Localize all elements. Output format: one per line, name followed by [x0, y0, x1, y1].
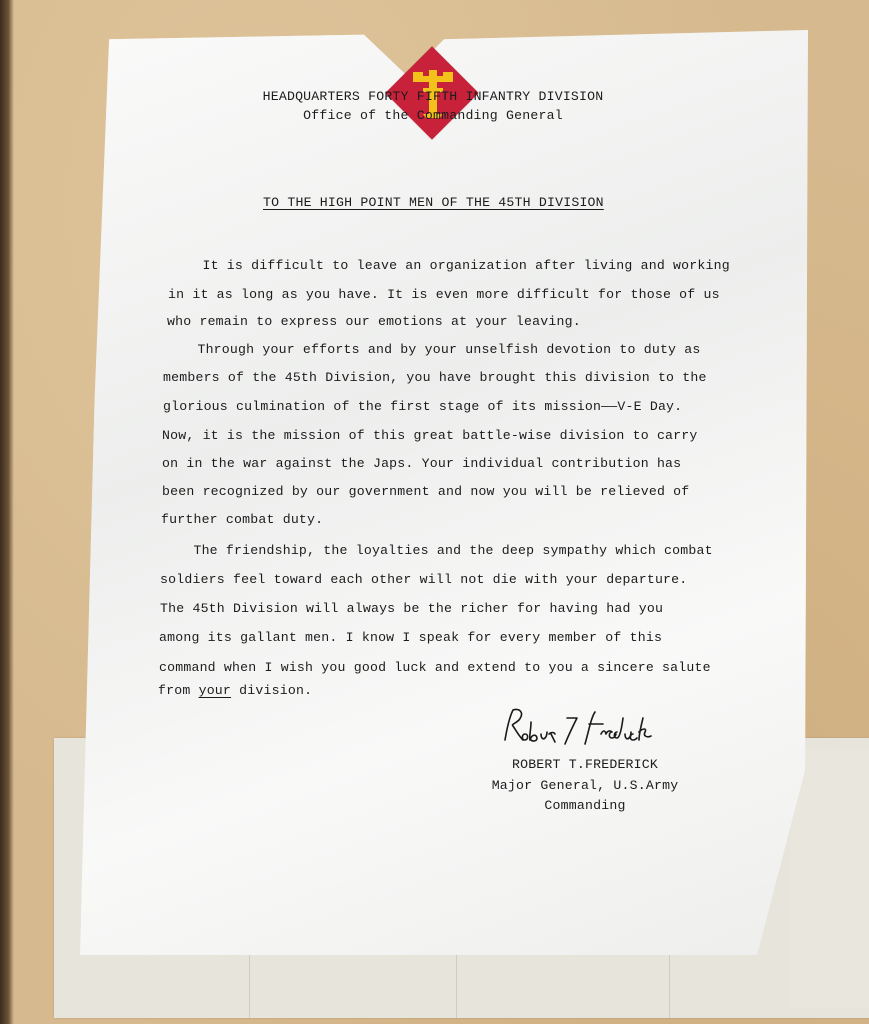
handwritten-signature [497, 704, 687, 752]
body-line: command when I wish you good luck and ex… [159, 660, 711, 675]
signatory-role: Commanding [480, 798, 690, 813]
signatory-rank: Major General, U.S.Army [470, 778, 700, 793]
closing-text: division. [231, 683, 312, 698]
letterhead-line2: Office of the Commanding General [230, 108, 636, 123]
body-line: The friendship, the loyalties and the de… [161, 543, 713, 558]
body-line: It is difficult to leave an organization… [170, 258, 730, 273]
frame-edge [0, 0, 14, 1024]
closing-text: from [158, 683, 199, 698]
body-line: members of the 45th Division, you have b… [163, 370, 707, 385]
body-line: among its gallant men. I know I speak fo… [159, 630, 662, 645]
body-line: The 45th Division will always be the ric… [160, 601, 663, 616]
signatory-name: ROBERT T.FREDERICK [480, 757, 690, 772]
backing-sheet-right [790, 748, 869, 1008]
body-line: glorious culmination of the first stage … [163, 399, 682, 414]
body-line: been recognized by our government and no… [162, 484, 689, 499]
closing-emphasis: your [199, 683, 231, 698]
closing-line: from your division. [158, 683, 312, 698]
body-line: soldiers feel toward each other will not… [160, 572, 687, 587]
body-line: in it as long as you have. It is even mo… [168, 287, 720, 302]
letterhead-line1: HEADQUARTERS FORTY FIFTH INFANTRY DIVISI… [230, 89, 636, 104]
letter-title: TO THE HIGH POINT MEN OF THE 45TH DIVISI… [263, 195, 604, 210]
body-line: on in the war against the Japs. Your ind… [162, 456, 681, 471]
body-line: Now, it is the mission of this great bat… [162, 428, 698, 443]
body-line: Through your efforts and by your unselfi… [165, 342, 701, 357]
body-line: further combat duty. [161, 512, 323, 527]
body-line: who remain to express our emotions at yo… [167, 314, 581, 329]
